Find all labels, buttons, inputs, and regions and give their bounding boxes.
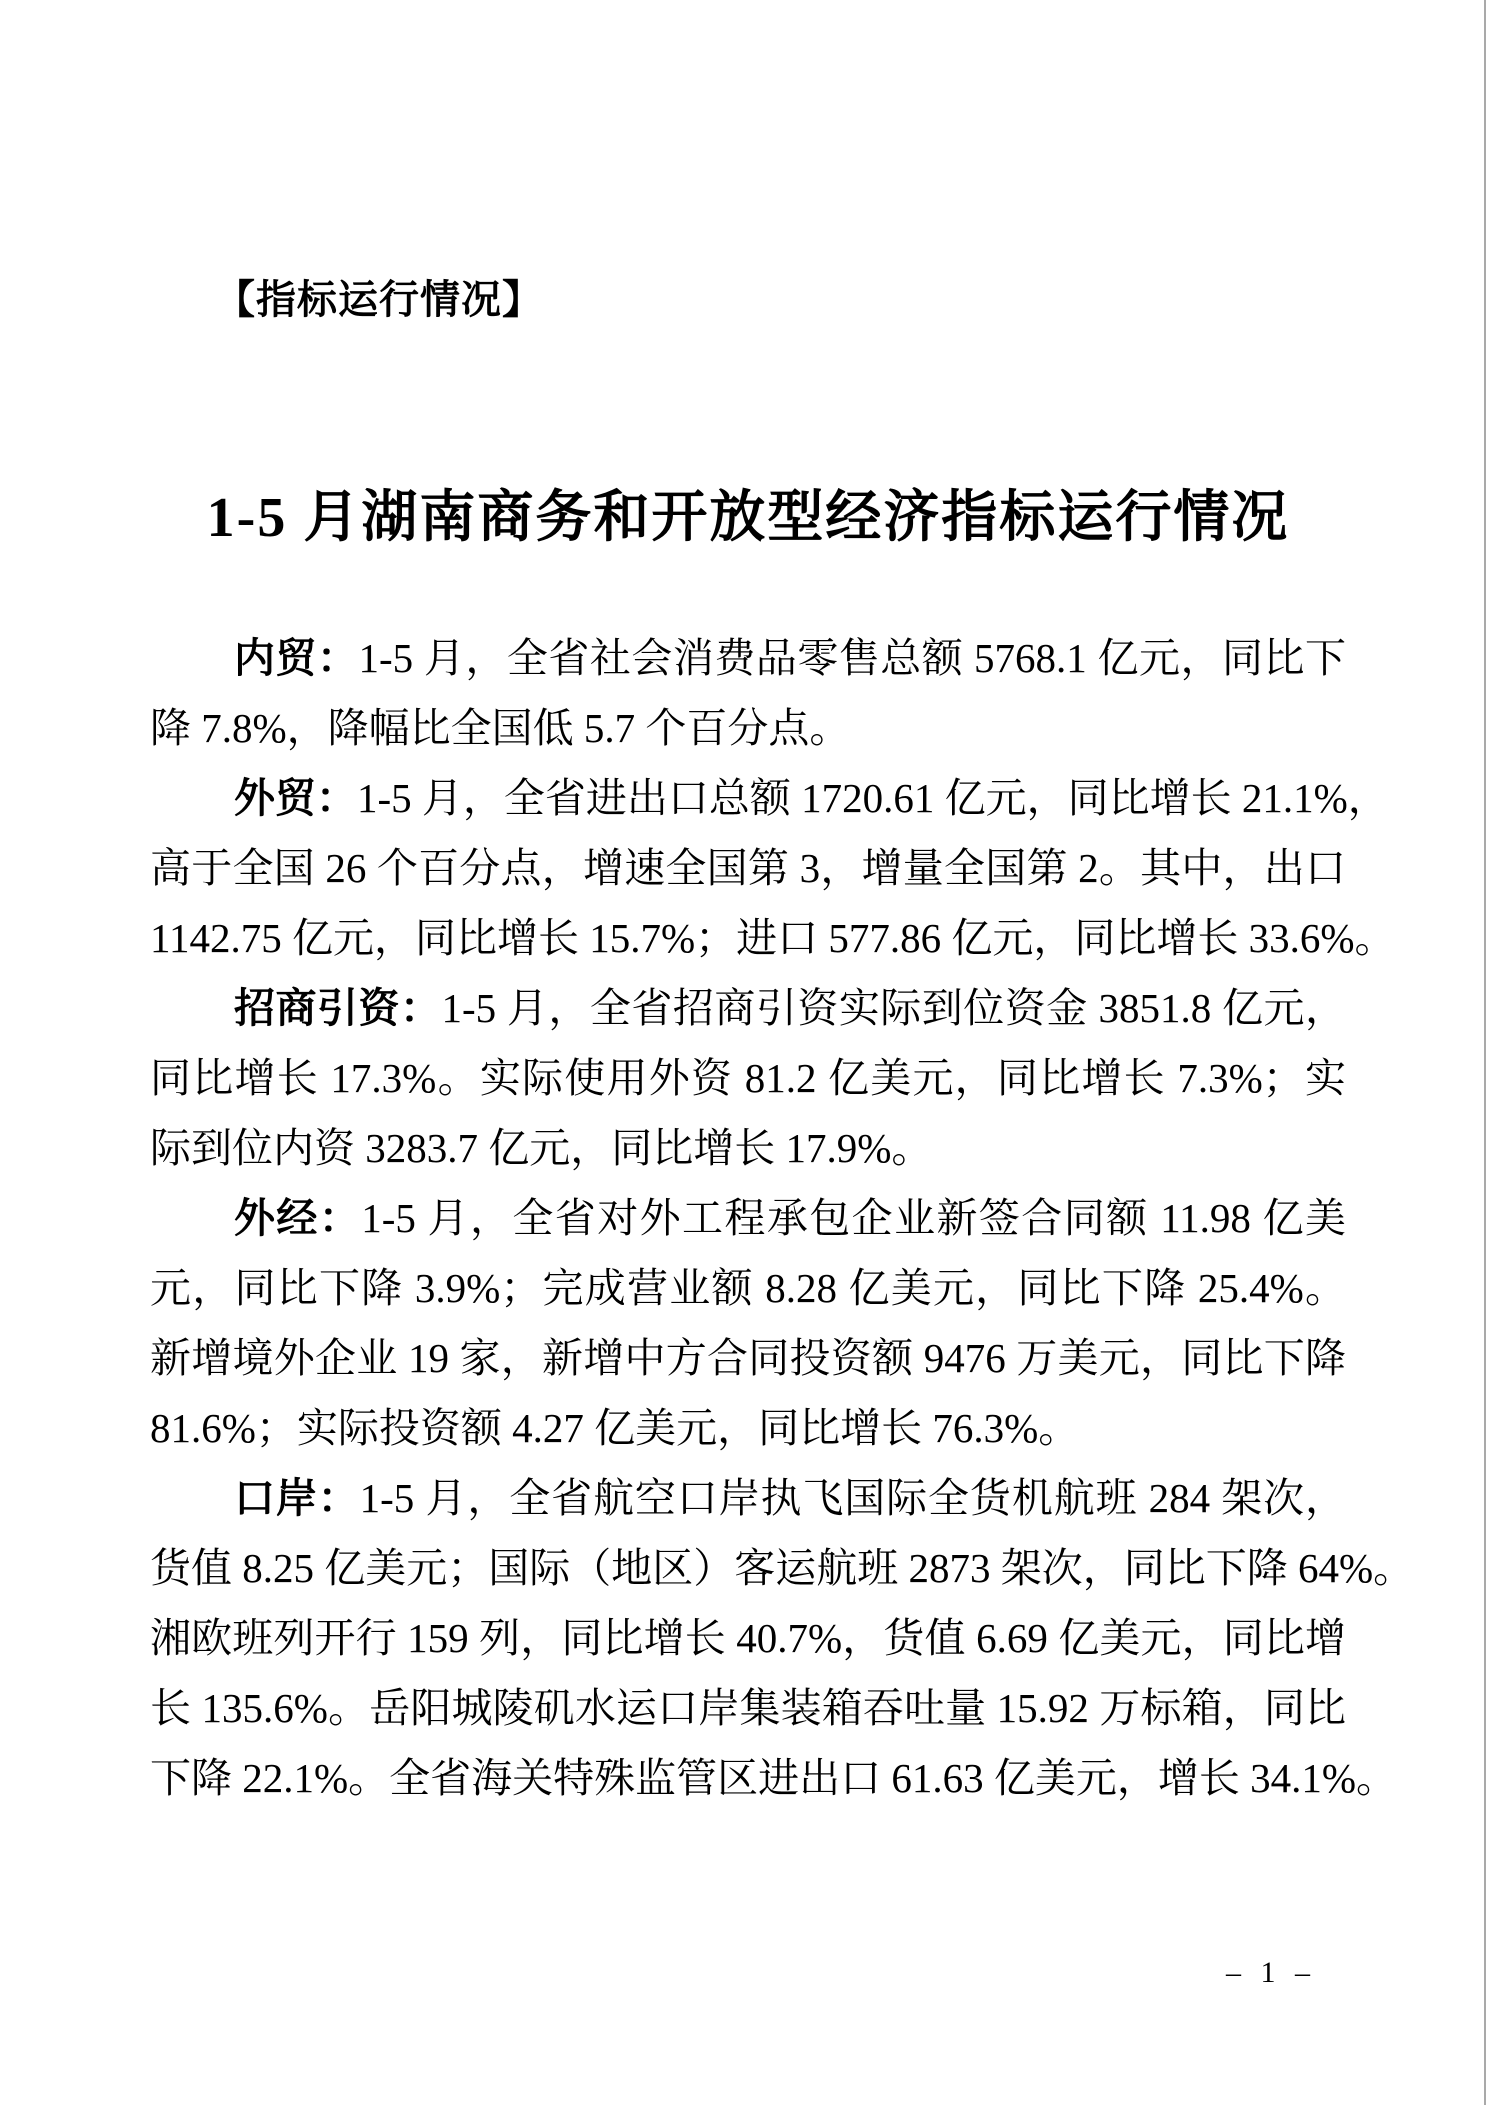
text-line: 降 7.8%，降幅比全国低 5.7 个百分点。	[150, 693, 1346, 763]
page-edge-divider	[1484, 0, 1486, 2105]
paragraph-foreign-economy: 外经：1-5 月，全省对外工程承包企业新签合同额 11.98 亿美 元，同比下降…	[150, 1183, 1346, 1463]
paragraph-foreign-trade: 外贸：1-5 月，全省进出口总额 1720.61 亿元，同比增长 21.1%， …	[150, 763, 1346, 973]
text-line: 长 135.6%。岳阳城陵矶水运口岸集装箱吞吐量 15.92 万标箱，同比	[150, 1673, 1346, 1743]
paragraph-ports: 口岸：1-5 月，全省航空口岸执飞国际全货机航班 284 架次， 货值 8.25…	[150, 1463, 1346, 1813]
line-text: 1-5 月，全省招商引资实际到位资金 3851.8 亿元，	[441, 985, 1346, 1031]
text-line: 货值 8.25 亿美元；国际（地区）客运航班 2873 架次，同比下降 64%。	[150, 1533, 1346, 1603]
document-body: 内贸：1-5 月，全省社会消费品零售总额 5768.1 亿元，同比下 降 7.8…	[150, 623, 1346, 1813]
text-line: 下降 22.1%。全省海关特殊监管区进出口 61.63 亿美元，增长 34.1%…	[150, 1743, 1346, 1813]
text-line: 际到位内资 3283.7 亿元，同比增长 17.9%。	[150, 1113, 1346, 1183]
text-line: 新增境外企业 19 家，新增中方合同投资额 9476 万美元，同比下降	[150, 1323, 1346, 1393]
section-heading: 【指标运行情况】	[215, 276, 543, 324]
document-page: 【指标运行情况】 1-5 月湖南商务和开放型经济指标运行情况 内贸：1-5 月，…	[0, 0, 1488, 2105]
text-line: 高于全国 26 个百分点，增速全国第 3，增量全国第 2。其中，出口	[150, 833, 1346, 903]
line-text: 1-5 月，全省进出口总额 1720.61 亿元，同比增长 21.1%，	[357, 775, 1389, 821]
page-number: – 1 –	[1226, 1956, 1310, 1990]
text-line: 招商引资：1-5 月，全省招商引资实际到位资金 3851.8 亿元，	[150, 973, 1346, 1043]
paragraph-label: 外贸：	[234, 775, 357, 821]
page-title: 1-5 月湖南商务和开放型经济指标运行情况	[150, 478, 1346, 558]
text-line: 元，同比下降 3.9%；完成营业额 8.28 亿美元，同比下降 25.4%。	[150, 1253, 1346, 1323]
line-text: 1-5 月，全省社会消费品零售总额 5768.1 亿元，同比下	[358, 635, 1346, 681]
text-line: 1142.75 亿元，同比增长 15.7%；进口 577.86 亿元，同比增长 …	[150, 903, 1346, 973]
text-line: 同比增长 17.3%。实际使用外资 81.2 亿美元，同比增长 7.3%；实	[150, 1043, 1346, 1113]
text-line: 口岸：1-5 月，全省航空口岸执飞国际全货机航班 284 架次，	[150, 1463, 1346, 1533]
paragraph-label: 口岸：	[234, 1475, 360, 1521]
paragraph-label: 内贸：	[234, 635, 358, 681]
paragraph-domestic-trade: 内贸：1-5 月，全省社会消费品零售总额 5768.1 亿元，同比下 降 7.8…	[150, 623, 1346, 763]
text-line: 外贸：1-5 月，全省进出口总额 1720.61 亿元，同比增长 21.1%，	[150, 763, 1346, 833]
line-text: 1-5 月，全省对外工程承包企业新签合同额 11.98 亿美	[361, 1195, 1346, 1241]
paragraph-investment-attraction: 招商引资：1-5 月，全省招商引资实际到位资金 3851.8 亿元， 同比增长 …	[150, 973, 1346, 1183]
text-line: 湘欧班列开行 159 列，同比增长 40.7%，货值 6.69 亿美元，同比增	[150, 1603, 1346, 1673]
text-line: 81.6%；实际投资额 4.27 亿美元，同比增长 76.3%。	[150, 1393, 1346, 1463]
paragraph-label: 外经：	[234, 1195, 361, 1241]
line-text: 1-5 月，全省航空口岸执飞国际全货机航班 284 架次，	[360, 1475, 1346, 1521]
text-line: 内贸：1-5 月，全省社会消费品零售总额 5768.1 亿元，同比下	[150, 623, 1346, 693]
paragraph-label: 招商引资：	[234, 985, 441, 1031]
text-line: 外经：1-5 月，全省对外工程承包企业新签合同额 11.98 亿美	[150, 1183, 1346, 1253]
